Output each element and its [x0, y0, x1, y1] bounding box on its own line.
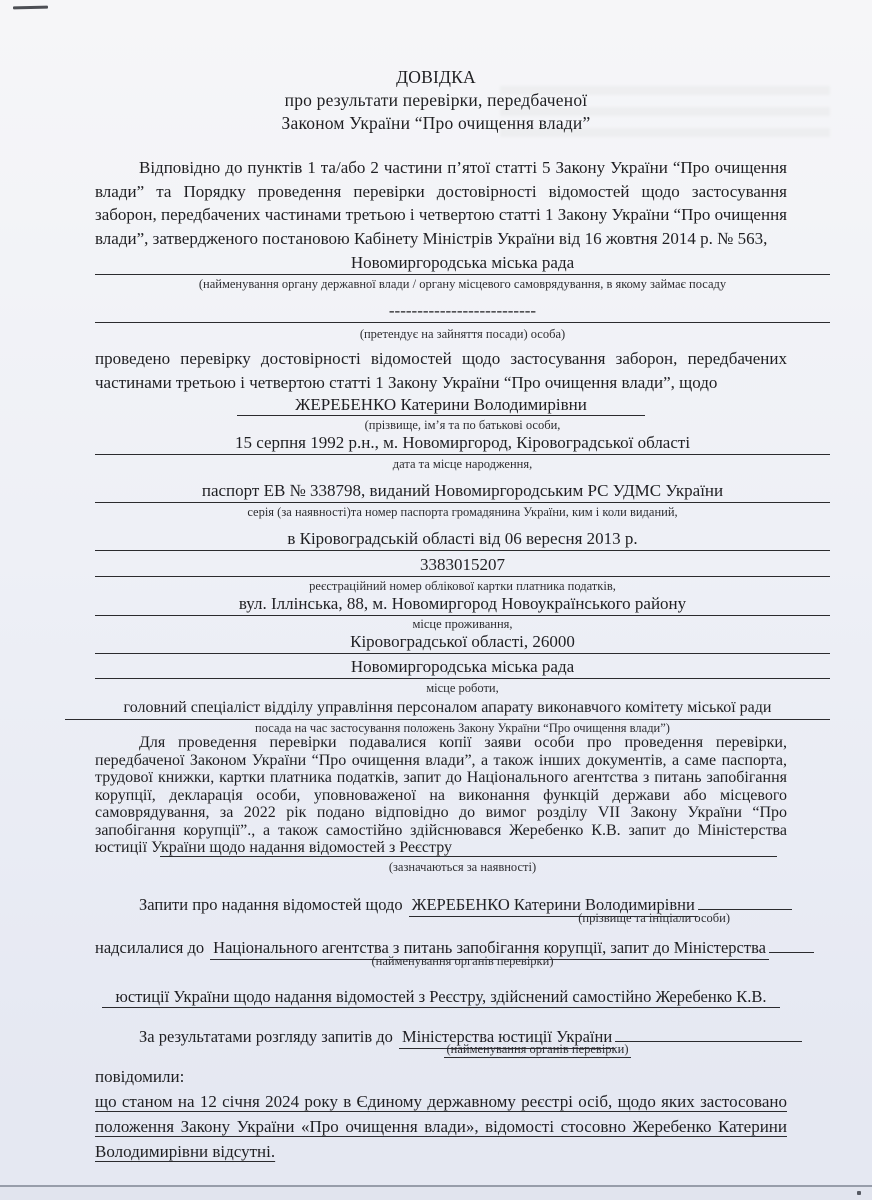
sent-orgs-value-line2: юстиції України щодо надання відомостей …	[102, 987, 781, 1008]
person-name-caption: (прізвище, ім’я та по батькові особи,	[95, 418, 830, 433]
person-name-value: ЖЕРЕБЕНКО Катерини Володимирівни	[237, 395, 645, 416]
requests-person-caption: (прізвище та ініціали особи)	[95, 911, 830, 926]
ruled-fill-line	[615, 1021, 802, 1042]
scan-artifact-mark	[13, 6, 48, 10]
passport-field-line2: в Кіровоградській області від 06 вересня…	[95, 529, 830, 551]
availability-blank-line	[160, 856, 777, 857]
ruled-fill-line	[769, 932, 814, 953]
availability-caption: (зазначаються за наявності)	[95, 860, 830, 875]
candidate-caption: (претендує на зайняття посади) особа)	[95, 327, 830, 342]
document-subtitle-line1: про результати перевірки, передбаченої	[0, 89, 872, 112]
org-name-caption: (найменування органу державної влади / о…	[95, 277, 830, 292]
scanned-document-page: ДОВІДКА про результати перевірки, передб…	[0, 0, 872, 1200]
check-statement-paragraph: проведено перевірку достовірності відомо…	[95, 347, 787, 395]
passport-caption: серія (за наявності)та номер паспорта гр…	[95, 505, 830, 520]
scan-speck	[857, 1191, 861, 1195]
submitted-documents-paragraph: Для проведення перевірки подавалися копі…	[95, 734, 787, 857]
document-subtitle-line2: Законом України “Про очищення влади”	[0, 112, 872, 135]
org-name-field: Новомиргородська міська рада	[95, 253, 830, 275]
tax-number-field: 3383015207	[95, 555, 830, 577]
ruled-fill-line	[698, 889, 792, 910]
intro-paragraph: Відповідно до пунктів 1 та/або 2 частини…	[95, 156, 787, 250]
residence-caption: місце проживання,	[95, 617, 830, 632]
workplace-caption: місце роботи,	[95, 681, 830, 696]
conclusion-paragraph: що станом на 12 січня 2024 року в Єдином…	[95, 1089, 787, 1164]
workplace-field: Новомиргородська міська рада	[95, 657, 830, 679]
sent-orgs-caption: (найменування органів перевірки)	[95, 954, 830, 969]
birth-field: 15 серпня 1992 р.н., м. Новомиргород, Кі…	[95, 433, 830, 455]
sent-to-continuation-line: юстиції України щодо надання відомостей …	[95, 986, 787, 1007]
scanner-background-band	[0, 1187, 872, 1200]
residence-field-line2: Кіровоградської області, 26000	[95, 632, 830, 654]
tax-number-caption: реєстраційний номер облікової картки пла…	[95, 579, 830, 594]
candidate-field: --------------------------	[95, 301, 830, 323]
reported-label: повідомили:	[95, 1066, 787, 1088]
person-name-line: ЖЕРЕБЕНКО Катерини Володимирівни	[95, 395, 787, 415]
results-org-caption: (найменування органів перевірки)	[95, 1042, 830, 1057]
conclusion-text: що станом на 12 січня 2024 року в Єдином…	[95, 1092, 787, 1161]
passport-field: паспорт ЕВ № 338798, виданий Новомиргоро…	[95, 481, 830, 503]
birth-caption: дата та місце народження,	[95, 457, 830, 472]
document-title: ДОВІДКА	[0, 66, 872, 89]
position-field: головний спеціаліст відділу управління п…	[65, 698, 830, 720]
document-title-block: ДОВІДКА про результати перевірки, передб…	[0, 66, 872, 135]
residence-field: вул. Іллінська, 88, м. Новомиргород Ново…	[95, 594, 830, 616]
